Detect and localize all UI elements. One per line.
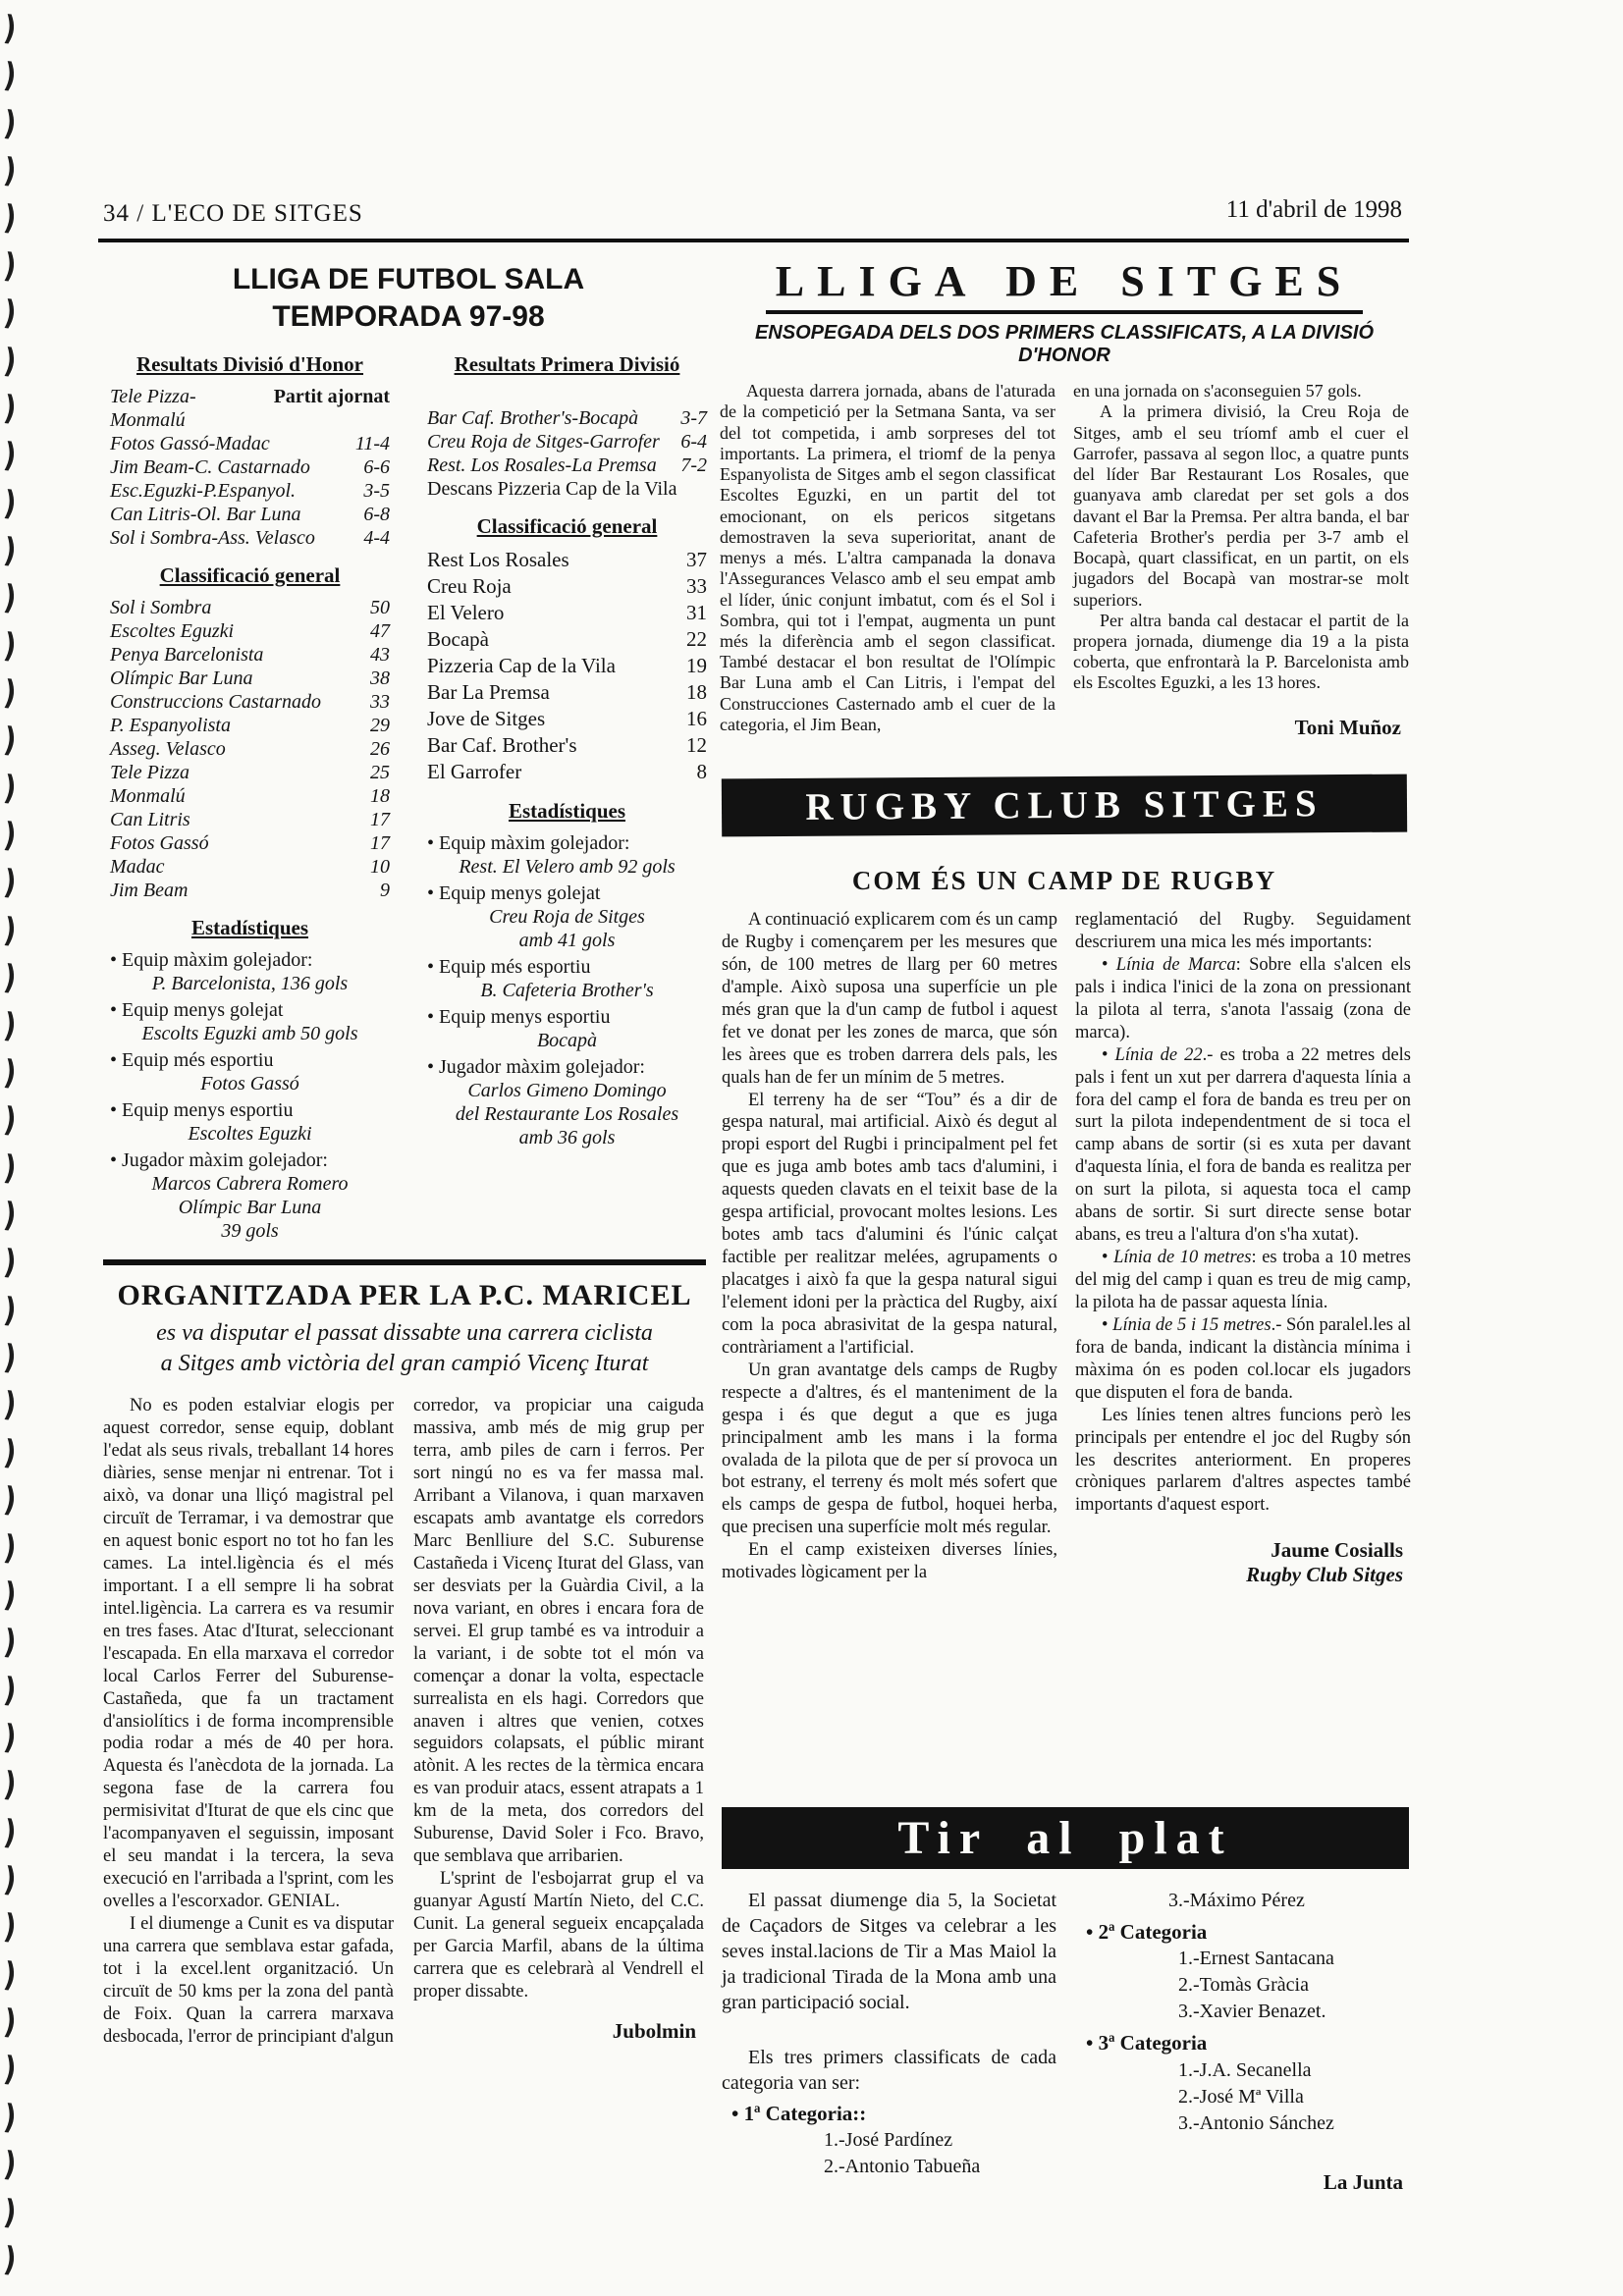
team-points: 12	[680, 732, 707, 759]
tir-byline: La Junta	[1076, 2170, 1411, 2195]
stat-label: Equip menys esportiu	[427, 1005, 707, 1029]
standings-row: Jove de Sitges 16	[427, 706, 707, 732]
primera-stats-heading: Estadístiques	[427, 799, 707, 824]
result-row: Fotos Gassó-Madac 11-4	[110, 432, 390, 455]
team-name: Escoltes Eguzki	[110, 619, 234, 643]
category-2-label: 2ª Categoria	[1086, 1918, 1411, 1946]
primera-standings-table: Rest Los Rosales 37 Creu Roja 33 El Vele…	[427, 547, 707, 785]
primera-stats-list: Equip màxim golejador: Rest. El Velero a…	[427, 831, 707, 1149]
classified-shooter: 3.-Xavier Benazet.	[1178, 1999, 1411, 2025]
rugby-column-1: A continuació explicarem com és un camp …	[722, 909, 1057, 1587]
standings-row: El Garrofer 8	[427, 759, 707, 785]
team-points: 17	[364, 808, 390, 831]
paragraph: A la primera divisió, la Creu Roja de Si…	[1073, 401, 1409, 610]
honor-results-table: Tele Pizza-Monmalú Partit ajornat Fotos …	[110, 385, 390, 550]
binding-mark: )	[2, 202, 18, 237]
stat-item: Equip més esportiu B. Cafeteria Brother'…	[427, 955, 707, 1002]
team-name: Monmalú	[110, 784, 186, 808]
lliga-byline: Toni Muñoz	[1073, 716, 1409, 740]
line-bullet: • Línia de 5 i 15 metres.- Són paralel.l…	[1075, 1314, 1411, 1405]
binding-mark: )	[2, 1910, 18, 1945]
binding-mark: )	[2, 723, 18, 758]
rugby-club-sitges-banner: RUGBY CLUB SITGES	[722, 774, 1407, 837]
maricel-subtitle: es va disputar el passat dissabte una ca…	[103, 1318, 706, 1379]
binding-mark: )	[2, 1009, 18, 1043]
stat-label: Equip menys golejat	[110, 998, 390, 1022]
bullet-text: .- es troba a 22 metres dels pals i fent…	[1075, 1045, 1411, 1246]
team-points: 25	[364, 761, 390, 784]
team-points: 33	[680, 573, 707, 600]
tir-al-plat-banner: Tir al plat	[722, 1807, 1409, 1869]
team-points: 47	[364, 619, 390, 643]
stat-label: Equip menys golejat	[427, 881, 707, 905]
stat-item: Equip menys golejat Creu Roja de Sitges …	[427, 881, 707, 952]
standings-row: Bar Caf. Brother's 12	[427, 732, 707, 759]
standings-row: Penya Barcelonista 43	[110, 643, 390, 667]
stat-item: Equip menys golejat Escolts Eguzki amb 5…	[110, 998, 390, 1045]
binding-mark: )	[2, 914, 18, 948]
standings-row: Tele Pizza 25	[110, 761, 390, 784]
standings-row: Asseg. Velasco 26	[110, 737, 390, 761]
maricel-heading: ORGANITZADA PER LA P.C. MARICEL	[103, 1279, 706, 1312]
tir-column-2: 3.-Máximo Pérez 2ª Categoria 1.-Ernest S…	[1076, 1888, 1411, 2195]
issue-date: 11 d'abril de 1998	[1226, 196, 1402, 224]
match-name: Rest. Los Rosales-La Premsa	[427, 454, 657, 477]
binding-mark: )	[2, 439, 18, 473]
bullet-dot: •	[1102, 1045, 1115, 1065]
team-name: Construccions Castarnado	[110, 690, 321, 714]
standings-row: Bocapà 22	[427, 626, 707, 653]
maricel-column-2: corredor, va propiciar una caiguda massi…	[413, 1395, 704, 2048]
binding-mark: )	[2, 1056, 18, 1091]
standings-row: P. Espanyolista 29	[110, 714, 390, 737]
lliga-headline: LLIGA DE SITGES	[766, 259, 1364, 314]
stat-value: Rest. El Velero amb 92 gols	[427, 855, 707, 879]
section-rule	[103, 1259, 706, 1265]
match-score: 6-6	[357, 455, 390, 479]
futbol-title-line2: TEMPORADA 97-98	[110, 298, 707, 336]
binding-mark: )	[2, 1958, 18, 1993]
maricel-columns: No es poden estalviar elogis per aquest …	[103, 1395, 706, 2048]
paragraph: El terreny ha de ser “Tou” és a dir de g…	[722, 1090, 1057, 1360]
line-bullet: • Línia de 10 metres: es troba a 10 metr…	[1075, 1247, 1411, 1314]
team-name: El Velero	[427, 600, 504, 626]
binding-mark: )	[2, 1294, 18, 1328]
header-rule	[98, 239, 1409, 242]
tir-intro: El passat diumenge dia 5, la Societat de…	[722, 1888, 1056, 2015]
standings-row: Madac 10	[110, 855, 390, 879]
team-points: 26	[364, 737, 390, 761]
maricel-cycling-section: ORGANITZADA PER LA P.C. MARICEL es va di…	[103, 1259, 706, 2049]
binding-mark: )	[2, 961, 18, 995]
category-3-label: 3ª Categoria	[1086, 2029, 1411, 2056]
team-points: 50	[364, 596, 390, 619]
rugby-byline-author: Jaume Cosialls	[1075, 1538, 1411, 1563]
result-row: Creu Roja de Sitges-Garrofer 6-4	[427, 430, 707, 454]
team-name: Jove de Sitges	[427, 706, 545, 732]
standings-row: Sol i Sombra 50	[110, 596, 390, 619]
team-points: 43	[364, 643, 390, 667]
standings-row: Escoltes Eguzki 47	[110, 619, 390, 643]
lliga-column-1: Aquesta darrera jornada, abans de l'atur…	[720, 381, 1055, 740]
standings-row: Construccions Castarnado 33	[110, 690, 390, 714]
team-points: 22	[680, 626, 707, 653]
match-name: Descans Pizzeria Cap de la Vila	[427, 477, 676, 501]
result-row: Descans Pizzeria Cap de la Vila	[427, 477, 707, 501]
spiral-binding-marks: ))))))))))))))))))))))))))))))))))))))))…	[4, 16, 49, 2273]
result-row: Esc.Eguzki-P.Espanyol. 3-5	[110, 479, 390, 503]
team-name: Jim Beam	[110, 879, 188, 902]
classified-shooter: 1.-J.A. Secanella	[1178, 2057, 1411, 2084]
binding-mark: )	[2, 296, 18, 331]
team-points: 16	[680, 706, 707, 732]
match-score: 7-2	[675, 454, 707, 477]
binding-mark: )	[2, 867, 18, 901]
team-points: 8	[691, 759, 708, 785]
team-name: Penya Barcelonista	[110, 643, 263, 667]
binding-mark: )	[2, 1626, 18, 1660]
binding-mark: )	[2, 249, 18, 284]
result-row: Tele Pizza-Monmalú Partit ajornat	[110, 385, 390, 432]
match-name: Can Litris-Ol. Bar Luna	[110, 503, 300, 526]
rugby-column-2: reglamentació del Rugby. Seguidament des…	[1075, 909, 1411, 1587]
stat-label: Equip màxim golejador:	[110, 948, 390, 972]
standings-row: Monmalú 18	[110, 784, 390, 808]
binding-mark: )	[2, 1721, 18, 1755]
team-points: 18	[680, 679, 707, 706]
binding-mark: )	[2, 534, 18, 568]
team-name: El Garrofer	[427, 759, 521, 785]
team-name: Bocapà	[427, 626, 489, 653]
paragraph: Per altra banda cal destacar el partit d…	[1073, 611, 1409, 694]
team-points: 17	[364, 831, 390, 855]
binding-mark: )	[2, 1816, 18, 1850]
paragraph: Un gran avantatge dels camps de Rugby re…	[722, 1360, 1057, 1540]
match-name: Creu Roja de Sitges-Garrofer	[427, 430, 660, 454]
binding-mark: )	[2, 629, 18, 664]
masthead-page-number: 34 / L'ECO DE SITGES	[103, 200, 363, 228]
line-bullet: • Línia de 22.- es troba a 22 metres del…	[1075, 1044, 1411, 1247]
binding-mark: )	[2, 2101, 18, 2135]
binding-mark: )	[2, 1436, 18, 1470]
binding-mark: )	[2, 1341, 18, 1375]
stat-value: Fotos Gassó	[110, 1072, 390, 1095]
binding-mark: )	[2, 1674, 18, 1708]
result-row: Rest. Los Rosales-La Premsa 7-2	[427, 454, 707, 477]
team-points: 29	[364, 714, 390, 737]
standings-row: Fotos Gassó 17	[110, 831, 390, 855]
futbol-title-line1: LLIGA DE FUTBOL SALA	[110, 261, 707, 298]
honor-standings-table: Sol i Sombra 50 Escoltes Eguzki 47 Penya…	[110, 596, 390, 902]
bullet-dot: •	[1102, 1248, 1113, 1267]
stat-label: Equip menys esportiu	[110, 1098, 390, 1122]
stat-item: Jugador màxim golejador: Carlos Gimeno D…	[427, 1055, 707, 1149]
bullet-dot: •	[1102, 1315, 1112, 1335]
stat-item: Equip més esportiu Fotos Gassó	[110, 1048, 390, 1095]
divisio-honor-column: Resultats Divisió d'Honor Tele Pizza-Mon…	[110, 352, 390, 1246]
stat-label: Equip més esportiu	[427, 955, 707, 979]
binding-mark: )	[2, 1103, 18, 1138]
classified-shooter: 3.-Máximo Pérez	[1168, 1888, 1411, 1914]
rugby-byline-club: Rugby Club Sitges	[1075, 1563, 1411, 1587]
match-score: 11-4	[350, 432, 390, 455]
team-points: 19	[680, 653, 707, 679]
match-name: Tele Pizza-Monmalú	[110, 385, 268, 432]
stat-value: Escoltes Eguzki	[110, 1122, 390, 1146]
result-row: Sol i Sombra-Ass. Velasco 4-4	[110, 526, 390, 550]
lliga-column-2: en una jornada on s'aconseguien 57 gols.…	[1073, 381, 1409, 740]
tir-column-1: El passat diumenge dia 5, la Societat de…	[722, 1888, 1056, 2195]
futbol-sala-title: LLIGA DE FUTBOL SALA TEMPORADA 97-98	[110, 261, 707, 335]
stat-value: Carlos Gimeno Domingo del Restaurante Lo…	[427, 1079, 707, 1149]
stat-item: Equip menys esportiu Bocapà	[427, 1005, 707, 1052]
bullet-term: Línia de 5 i 15 metres	[1112, 1315, 1271, 1335]
binding-mark: )	[2, 1199, 18, 1233]
standings-row: Can Litris 17	[110, 808, 390, 831]
team-name: Creu Roja	[427, 573, 512, 600]
team-name: Bar La Premsa	[427, 679, 550, 706]
binding-mark: )	[2, 581, 18, 615]
honor-stats-list: Equip màxim golejador: P. Barcelonista, …	[110, 948, 390, 1243]
lliga-de-sitges-section: LLIGA DE SITGES ENSOPEGADA DELS DOS PRIM…	[720, 259, 1409, 740]
primera-results-heading: Resultats Primera Divisió	[427, 352, 707, 377]
binding-mark: )	[2, 12, 18, 46]
standings-row: Rest Los Rosales 37	[427, 547, 707, 573]
binding-mark: )	[2, 1531, 18, 1566]
paragraph: Aquesta darrera jornada, abans de l'atur…	[720, 381, 1055, 735]
classified-shooter: 2.-Antonio Tabueña	[824, 2154, 1056, 2180]
standings-row: Olímpic Bar Luna 38	[110, 667, 390, 690]
binding-mark: )	[2, 1151, 18, 1186]
stat-item: Equip màxim golejador: Rest. El Velero a…	[427, 831, 707, 879]
match-score: 3-5	[357, 479, 390, 503]
stat-value: P. Barcelonista, 136 gols	[110, 972, 390, 995]
match-name: Bar Caf. Brother's-Bocapà	[427, 406, 638, 430]
stat-item: Equip màxim golejador: P. Barcelonista, …	[110, 948, 390, 995]
team-name: Asseg. Velasco	[110, 737, 226, 761]
match-score: 3-7	[675, 406, 707, 430]
paragraph: A continuació explicarem com és un camp …	[722, 909, 1057, 1090]
match-name: Jim Beam-C. Castarnado	[110, 455, 310, 479]
bullet-dot: •	[1102, 955, 1116, 975]
paragraph: En el camp existeixen diverses línies, m…	[722, 1539, 1057, 1584]
standings-row: El Velero 31	[427, 600, 707, 626]
classified-shooter: 2.-Tomàs Gràcia	[1178, 1972, 1411, 1999]
match-score: 4-4	[357, 526, 390, 550]
team-name: Madac	[110, 855, 165, 879]
team-name: Bar Caf. Brother's	[427, 732, 577, 759]
result-row: Jim Beam-C. Castarnado 6-6	[110, 455, 390, 479]
classified-shooter: 2.-José Mª Villa	[1178, 2084, 1411, 2110]
match-name: Fotos Gassó-Madac	[110, 432, 270, 455]
team-name: Sol i Sombra	[110, 596, 211, 619]
binding-mark: )	[2, 1388, 18, 1422]
binding-mark: )	[2, 2148, 18, 2182]
rugby-article: A continuació explicarem com és un camp …	[722, 909, 1411, 1587]
rugby-article-heading: COM ÉS UN CAMP DE RUGBY	[722, 866, 1407, 896]
standings-row: Jim Beam 9	[110, 879, 390, 902]
paragraph: reglamentació del Rugby. Seguidament des…	[1075, 909, 1411, 954]
maricel-column-1: No es poden estalviar elogis per aquest …	[103, 1395, 394, 2048]
binding-mark: )	[2, 2054, 18, 2088]
honor-table-heading: Classificació general	[110, 563, 390, 588]
tir-al-plat-section: El passat diumenge dia 5, la Societat de…	[722, 1888, 1411, 2195]
result-row: Can Litris-Ol. Bar Luna 6-8	[110, 503, 390, 526]
classified-shooter: 1.-José Pardínez	[824, 2127, 1056, 2154]
standings-row: Pizzeria Cap de la Vila 19	[427, 653, 707, 679]
primera-divisio-column: Resultats Primera Divisió Bar Caf. Broth…	[427, 352, 707, 1246]
honor-stats-heading: Estadístiques	[110, 916, 390, 940]
stat-value: B. Cafeteria Brother's	[427, 979, 707, 1002]
paragraph: L'sprint de l'esbojarrat grup el va guan…	[413, 1868, 704, 2003]
paragraph: corredor, va propiciar una caiguda massi…	[413, 1395, 704, 1868]
stat-label: Jugador màxim golejador:	[110, 1148, 390, 1172]
rugby-banner-text: RUGBY CLUB SITGES	[805, 781, 1323, 829]
paragraph: No es poden estalviar elogis per aquest …	[103, 1395, 394, 1913]
match-name: Sol i Sombra-Ass. Velasco	[110, 526, 315, 550]
team-name: Olímpic Bar Luna	[110, 667, 253, 690]
paragraph: I el diumenge a Cunit es va disputar una…	[103, 1913, 394, 2049]
binding-mark: )	[2, 1483, 18, 1518]
match-name: Esc.Eguzki-P.Espanyol.	[110, 479, 296, 503]
bullet-term: Línia de Marca	[1116, 955, 1236, 975]
binding-mark: )	[2, 772, 18, 806]
binding-mark: )	[2, 1578, 18, 1613]
paragraph: Les línies tenen altres funcions però le…	[1075, 1405, 1411, 1518]
binding-mark: )	[2, 107, 18, 141]
binding-mark: )	[2, 2243, 18, 2277]
futbol-sala-section: LLIGA DE FUTBOL SALA TEMPORADA 97-98 Res…	[110, 261, 707, 1246]
team-points: 33	[364, 690, 390, 714]
stat-item: Equip menys esportiu Escoltes Eguzki	[110, 1098, 390, 1146]
stat-label: Equip màxim golejador:	[427, 831, 707, 855]
tir-list-intro: Els tres primers classificats de cada ca…	[722, 2045, 1056, 2096]
team-name: Can Litris	[110, 808, 190, 831]
match-score: 6-8	[357, 503, 390, 526]
binding-mark: )	[2, 392, 18, 426]
binding-mark: )	[2, 487, 18, 521]
maricel-byline: Jubolmin	[413, 2019, 704, 2044]
standings-row: Bar La Premsa 18	[427, 679, 707, 706]
binding-mark: )	[2, 1246, 18, 1280]
stat-value: Escolts Eguzki amb 50 gols	[110, 1022, 390, 1045]
classified-shooter: 1.-Ernest Santacana	[1178, 1946, 1411, 1972]
stat-label: Equip més esportiu	[110, 1048, 390, 1072]
team-points: 38	[364, 667, 390, 690]
lliga-subtitle: ENSOPEGADA DELS DOS PRIMERS CLASSIFICATS…	[720, 322, 1409, 367]
tir-banner-text: Tir al plat	[897, 1811, 1232, 1865]
binding-mark: )	[2, 2005, 18, 2040]
result-row: Bar Caf. Brother's-Bocapà 3-7	[427, 406, 707, 430]
stat-value: Marcos Cabrera Romero Olímpic Bar Luna 3…	[110, 1172, 390, 1243]
binding-mark: )	[2, 819, 18, 853]
team-points: 9	[374, 879, 390, 902]
match-score: Partit ajornat	[268, 385, 390, 432]
team-name: Fotos Gassó	[110, 831, 209, 855]
team-points: 31	[680, 600, 707, 626]
classified-shooter: 3.-Antonio Sánchez	[1178, 2110, 1411, 2137]
stat-value: Creu Roja de Sitges amb 41 gols	[427, 905, 707, 952]
category-1-label: 1ª Categoria::	[731, 2100, 1056, 2127]
stat-value: Bocapà	[427, 1029, 707, 1052]
binding-mark: )	[2, 345, 18, 379]
paragraph: en una jornada on s'aconseguien 57 gols.	[1073, 381, 1409, 401]
team-name: P. Espanyolista	[110, 714, 231, 737]
binding-mark: )	[2, 2196, 18, 2230]
binding-mark: )	[2, 676, 18, 711]
bullet-term: Línia de 10 metres	[1113, 1248, 1251, 1267]
team-points: 37	[680, 547, 707, 573]
binding-mark: )	[2, 1863, 18, 1897]
team-points: 10	[364, 855, 390, 879]
binding-mark: )	[2, 1768, 18, 1802]
primera-results-table: Bar Caf. Brother's-Bocapà 3-7 Creu Roja …	[427, 406, 707, 501]
team-name: Pizzeria Cap de la Vila	[427, 653, 616, 679]
bullet-term: Línia de 22	[1115, 1045, 1203, 1065]
binding-mark: )	[2, 59, 18, 93]
line-bullet: • Línia de Marca: Sobre ella s'alcen els…	[1075, 954, 1411, 1044]
stat-item: Jugador màxim golejador: Marcos Cabrera …	[110, 1148, 390, 1243]
binding-mark: )	[2, 154, 18, 188]
team-name: Tele Pizza	[110, 761, 189, 784]
match-score	[701, 477, 707, 501]
team-points: 18	[364, 784, 390, 808]
team-name: Rest Los Rosales	[427, 547, 569, 573]
standings-row: Creu Roja 33	[427, 573, 707, 600]
stat-label: Jugador màxim golejador:	[427, 1055, 707, 1079]
primera-table-heading: Classificació general	[427, 514, 707, 539]
match-score: 6-4	[675, 430, 707, 454]
honor-results-heading: Resultats Divisió d'Honor	[110, 352, 390, 377]
